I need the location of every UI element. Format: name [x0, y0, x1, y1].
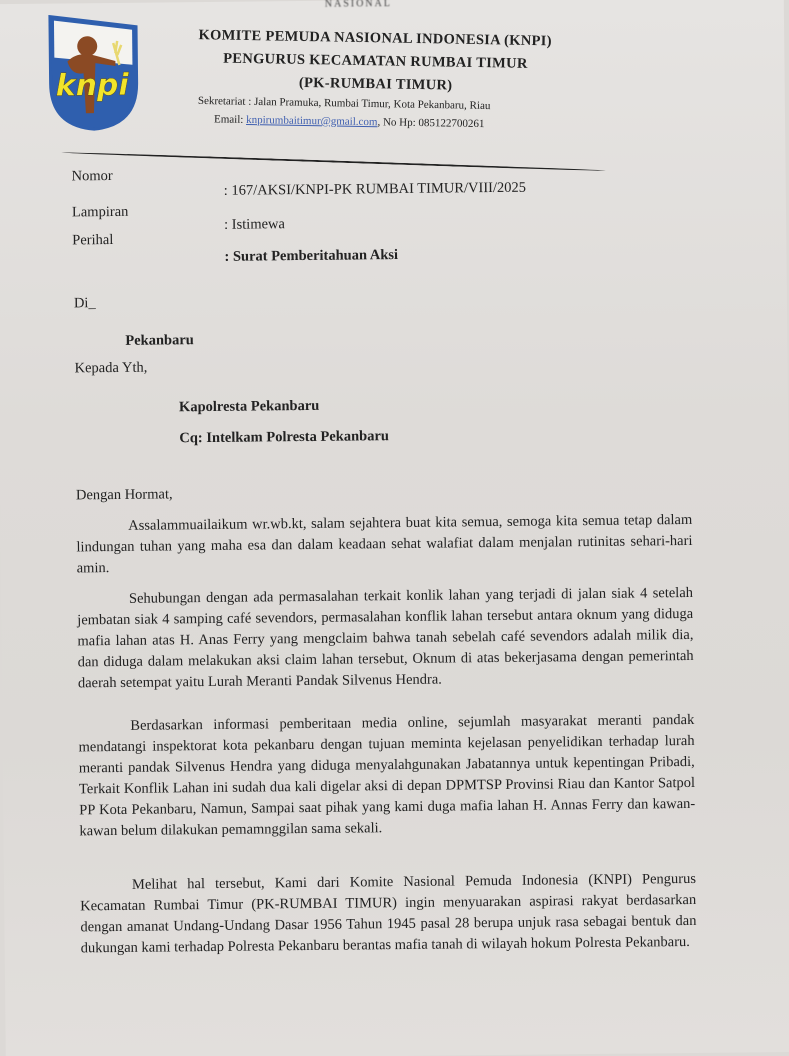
nomor-label: Nomor — [72, 168, 113, 185]
salutation: Dengan Hormat, — [76, 486, 173, 504]
email-label: Email: — [214, 113, 246, 126]
letter-page: NASIONAL knpi KOMITE PEMUDA NASIONAL IND… — [0, 0, 789, 1056]
paragraph-greeting: Assalammuailaikum wr.wb.kt, salam sejaht… — [76, 509, 693, 578]
letterhead-divider — [61, 152, 606, 172]
city: Pekanbaru — [125, 332, 194, 350]
org-address: Sekretariat : Jalan Pramuka, Rumbai Timu… — [180, 95, 586, 114]
paragraph-background: Berdasarkan informasi pemberitaan media … — [78, 709, 695, 841]
kepada-label: Kepada Yth, — [75, 360, 148, 378]
svg-text:knpi: knpi — [55, 68, 129, 104]
nomor-value: : 167/AKSI/KNPI-PK RUMBAI TIMUR/VIII/202… — [224, 180, 526, 200]
paragraph-issue: Sehubungan dengan ada permasalahan terka… — [77, 582, 694, 693]
paragraph-intent: Melihat hal tersebut, Kami dari Komite N… — [80, 868, 697, 958]
di-label: Di_ — [74, 295, 96, 312]
knpi-logo-icon: knpi — [47, 13, 140, 132]
phone-number: , No Hp: 085122700261 — [377, 116, 484, 130]
perihal-value: : Surat Pemberitahuan Aksi — [224, 247, 398, 266]
org-name: KOMITE PEMUDA NASIONAL INDONESIA (KNPI) — [165, 27, 585, 51]
recipient-cq: Cq: Intelkam Polresta Pekanbaru — [179, 428, 389, 447]
org-branch: PENGURUS KECAMATAN RUMBAI TIMUR — [165, 50, 585, 74]
org-contact: Email: knpirumbaitimur@gmail.com, No Hp:… — [166, 113, 586, 132]
org-abbr: (PK-RUMBAI TIMUR) — [166, 73, 586, 97]
lampiran-value: : Istimewa — [224, 216, 285, 234]
letterhead: KOMITE PEMUDA NASIONAL INDONESIA (KNPI) … — [165, 28, 586, 130]
lampiran-label: Lampiran — [72, 204, 129, 222]
recipient-primary: Kapolresta Pekanbaru — [179, 398, 319, 416]
email-link[interactable]: knpirumbaitimur@gmail.com — [246, 114, 378, 128]
perihal-label: Perihal — [72, 232, 113, 249]
bleed-through-text: NASIONAL — [325, 0, 392, 10]
